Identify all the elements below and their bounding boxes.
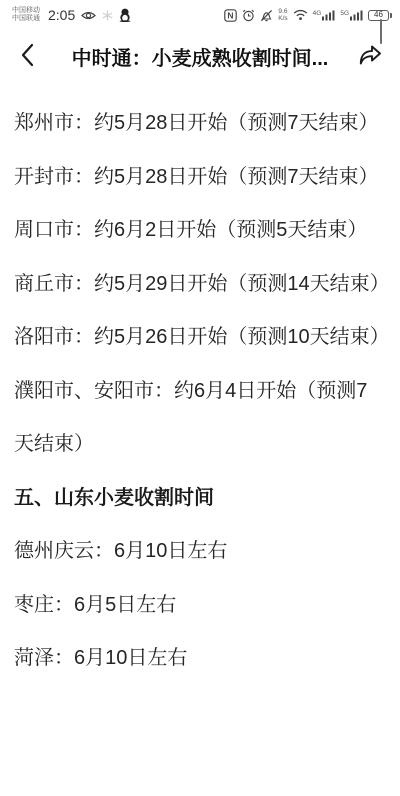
network-speed: 9.6 K/s: [278, 8, 287, 22]
paragraph: 德州庆云：6月10日左右: [14, 525, 382, 579]
nav-bar: 中时通：小麦成熟收割时间...: [0, 28, 400, 84]
paragraph: 商丘市：约5月29日开始（预测14天结束）: [14, 258, 382, 312]
sim2-signal: 5G: [340, 9, 363, 21]
article-content: 郑州市：约5月28日开始（预测7天结束）开封市：约5月28日开始（预测7天结束）…: [0, 84, 400, 686]
paragraph: 枣庄：6月5日左右: [14, 579, 382, 633]
carrier-2: 中国联通: [12, 15, 40, 23]
carrier-1: 中国移动: [12, 7, 40, 15]
alarm-icon: [242, 9, 255, 22]
status-time: 2:05: [48, 7, 75, 23]
sim1-network-label: 4G: [313, 10, 322, 17]
share-forward-icon: [357, 43, 383, 70]
network-speed-unit: K/s: [278, 15, 287, 22]
paragraph: 周口市：约6月2日开始（预测5天结束）: [14, 204, 382, 258]
nfc-icon: N: [224, 9, 237, 22]
scrollbar-thumb[interactable]: [380, 19, 382, 44]
qq-icon: [119, 8, 131, 22]
page-title: 中时通：小麦成熟收割时间...: [72, 42, 329, 71]
sim2-network-label: 5G: [340, 10, 349, 17]
sim1-signal: 4G: [313, 9, 336, 21]
share-button[interactable]: [356, 43, 384, 69]
svg-text:N: N: [228, 10, 234, 20]
paragraph: 开封市：约5月28日开始（预测7天结束）: [14, 151, 382, 205]
chevron-left-icon: [18, 42, 40, 71]
paragraph: 洛阳市：约5月26日开始（预测10天结束）: [14, 311, 382, 365]
wifi-icon: [293, 9, 308, 21]
paragraph: 濮阳市、安阳市：约6月4日开始（预测7天结束）: [14, 365, 382, 472]
section-heading: 五、山东小麦收割时间: [14, 472, 382, 526]
carrier-labels: 中国移动 中国联通: [12, 7, 40, 23]
battery-percent: 46: [374, 11, 383, 19]
mute-icon: [260, 9, 273, 22]
notification-dim-icon: [102, 10, 113, 21]
status-bar: 中国移动 中国联通 2:05: [0, 0, 400, 28]
paragraph: 郑州市：约5月28日开始（预测7天结束）: [14, 97, 382, 151]
signal-bars-icon: [350, 9, 363, 21]
signal-bars-icon: [322, 9, 335, 21]
back-button[interactable]: [16, 43, 42, 69]
network-speed-value: 9.6: [278, 8, 287, 15]
paragraph: 菏泽：6月10日左右: [14, 632, 382, 686]
eye-protection-icon: [81, 10, 96, 21]
